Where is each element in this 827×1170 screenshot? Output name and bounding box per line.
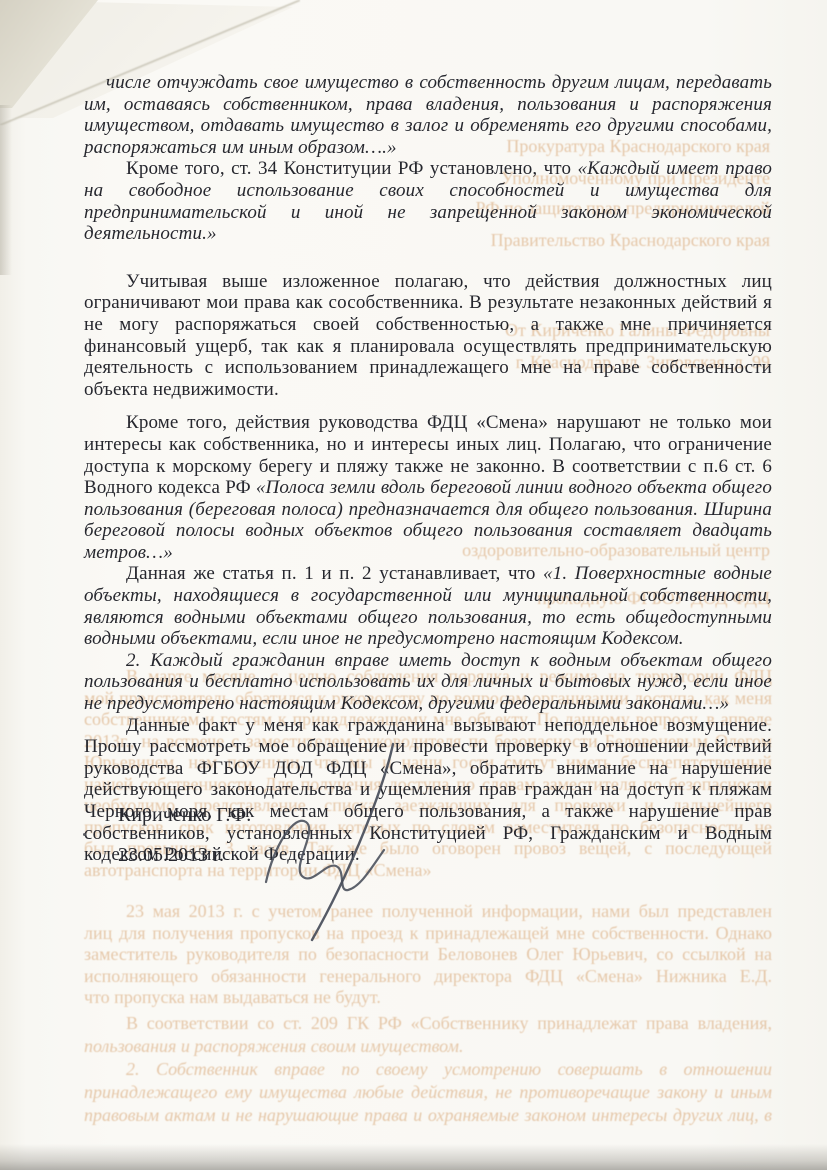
- signature-stroke: [266, 821, 384, 890]
- paragraph: Кроме того, ст. 34 Конституции РФ устано…: [84, 158, 772, 244]
- bleedthrough-line: принадлежащего ему имущества любые дейст…: [84, 1081, 772, 1104]
- signoff-block: Кириченко Г.Ф. 23.05.2013 г.: [118, 804, 251, 867]
- text-segment: 2. Каждый гражданин вправе иметь доступ …: [84, 650, 772, 714]
- signature-stroke: [312, 744, 393, 940]
- bleedthrough-paragraph: В соответствии со ст. 209 ГК РФ «Собстве…: [84, 1012, 772, 1127]
- text-segment: Кроме того, ст. 34 Конституции РФ устано…: [126, 158, 578, 179]
- paragraph: числе отчуждать свое имущество в собстве…: [84, 72, 772, 158]
- paragraph: Данная же статья п. 1 и п. 2 устанавлива…: [84, 563, 772, 649]
- signoff-date: 23.05.2013 г.: [118, 844, 251, 867]
- handwritten-signature: [252, 698, 427, 948]
- text-segment: Данная же статья п. 1 и п. 2 устанавлива…: [126, 563, 543, 584]
- bleedthrough-line: правовым актам и не нарушающие права и о…: [84, 1104, 772, 1127]
- scanned-page: Прокуратура Краснодарского края Уполномо…: [0, 0, 827, 1170]
- bleedthrough-line: пользования и распоряжения своим имущест…: [84, 1035, 772, 1058]
- bleedthrough-line: заместитель руководителя по безопасности…: [84, 944, 772, 966]
- bleedthrough-line: исполняющего обязанности генерального ди…: [84, 966, 772, 988]
- bleedthrough-line: 2. Собственник вправе по своему усмотрен…: [84, 1058, 772, 1081]
- text-segment: числе отчуждать свое имущество в собстве…: [84, 72, 772, 158]
- ink-dot: [83, 833, 86, 836]
- bleedthrough-line: лиц для получения пропусков на проезд к …: [84, 923, 772, 945]
- document-body: числе отчуждать свое имущество в собстве…: [84, 72, 772, 866]
- bleedthrough-line: что пропуска нам выдаваться не будут.: [84, 987, 772, 1009]
- bottom-scan-shadow: [0, 1144, 827, 1170]
- paragraph: Кроме того, действия руководства ФДЦ «См…: [84, 412, 772, 563]
- bleedthrough-line: 23 мая 2013 г. с учетом ранее полученной…: [84, 901, 772, 923]
- paragraph: Учитывая выше изложенное полагаю, что де…: [84, 271, 772, 401]
- text-segment: Учитывая выше изложенное полагаю, что де…: [84, 271, 772, 400]
- bleedthrough-line: В соответствии со ст. 209 ГК РФ «Собстве…: [84, 1012, 772, 1035]
- left-edge-shadow: [0, 105, 12, 275]
- signoff-name: Кириченко Г.Ф.: [118, 804, 251, 827]
- paragraph: 2. Каждый гражданин вправе иметь доступ …: [84, 650, 772, 715]
- bleedthrough-paragraph: 23 мая 2013 г. с учетом ранее полученной…: [84, 901, 772, 1009]
